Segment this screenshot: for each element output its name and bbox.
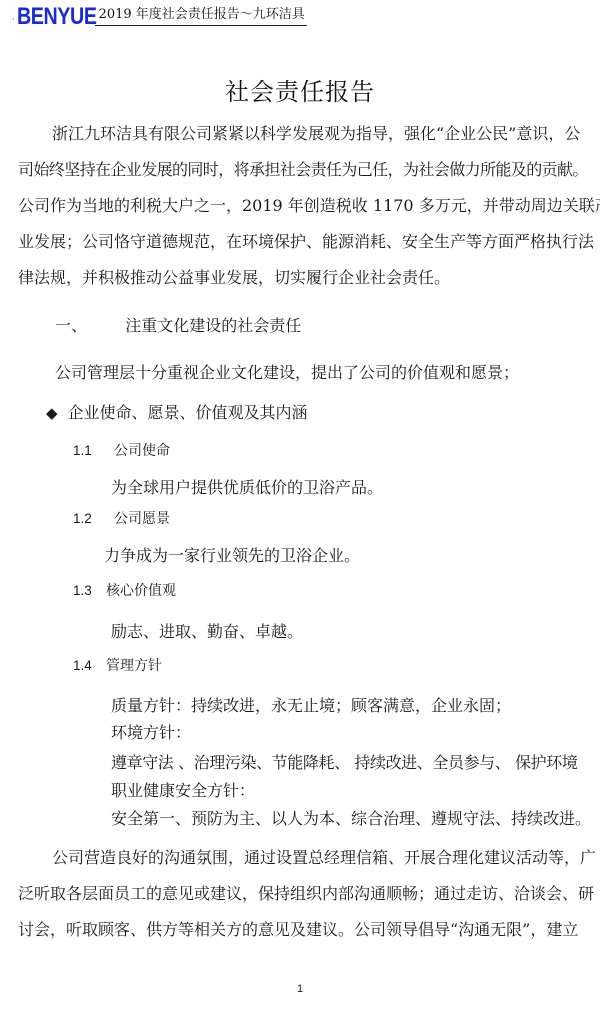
intro-line-5: 律法规，并积极推动公益事业发展，切实履行企业社会责任。 bbox=[18, 265, 450, 288]
page-header: · BENYUE 2019 年度社会责任报告～九环洁具 bbox=[12, 2, 307, 30]
item-1-3-heading: 1.3 核心价值观 bbox=[73, 580, 176, 600]
header-dot: · bbox=[12, 15, 15, 24]
diamond-bullet-icon: ◆ bbox=[46, 404, 58, 422]
header-title: 2019 年度社会责任报告～九环洁具 bbox=[95, 6, 307, 26]
benyue-logo: BENYUE bbox=[17, 4, 81, 30]
item-number: 1.1 bbox=[73, 443, 92, 458]
item-title: 管理方针 bbox=[106, 658, 162, 674]
safety-policy-label: 职业健康安全方针： bbox=[111, 778, 255, 801]
intro-line-3: 公司作为当地的利税大户之一，2019 年创造税收 1170 多万元，并带动周边关… bbox=[18, 193, 600, 216]
item-number: 1.3 bbox=[73, 583, 92, 598]
intro-line-1: 浙江九环洁具有限公司紧紧以科学发展观为指导，强化“企业公民”意识，公 bbox=[52, 121, 580, 144]
section-1-intro: 公司管理层十分重视企业文化建设，提出了公司的价值观和愿景； bbox=[55, 360, 519, 383]
item-number: 1.2 bbox=[73, 511, 92, 526]
safety-policy: 安全第一、预防为主、以人为本、综合治理、遵规守法、持续改进。 bbox=[111, 806, 591, 829]
item-1-1-content: 为全球用户提供优质低价的卫浴产品。 bbox=[111, 475, 383, 498]
section-1-heading: 一、 注重文化建设的社会责任 bbox=[55, 313, 301, 336]
item-number: 1.4 bbox=[73, 658, 92, 673]
item-title: 公司使命 bbox=[114, 443, 170, 459]
intro-line-4: 业发展；公司恪守道德规范，在环境保护、能源消耗、安全生产等方面严格执行法 bbox=[18, 229, 594, 252]
environment-policy-label: 环境方针： bbox=[111, 720, 191, 743]
bullet-title: 企业使命、愿景、价值观及其内涵 bbox=[68, 403, 308, 422]
item-title: 公司愿景 bbox=[114, 511, 170, 527]
communication-line-3: 讨会，听取顾客、供方等相关方的意见及建议。公司领导倡导“沟通无限”，建立 bbox=[18, 917, 578, 940]
section-title: 注重文化建设的社会责任 bbox=[125, 316, 301, 335]
quality-policy: 质量方针：持续改进，永无止境；顾客满意，企业永固； bbox=[111, 693, 511, 716]
intro-line-2: 司始终坚持在企业发展的同时，将承担社会责任为己任，为社会做力所能及的贡献。 bbox=[18, 157, 588, 180]
page-number: 1 bbox=[0, 983, 600, 995]
document-title: 社会责任报告 bbox=[0, 72, 600, 107]
item-1-2-content: 力争成为一家行业领先的卫浴企业。 bbox=[104, 543, 360, 566]
item-1-4-heading: 1.4 管理方针 bbox=[73, 655, 162, 675]
item-1-3-content: 励志、进取、勤奋、卓越。 bbox=[111, 619, 303, 642]
communication-line-2: 泛听取各层面员工的意见或建议，保持组织内部沟通顺畅；通过走访、洽谈会、研 bbox=[18, 881, 594, 904]
environment-policy: 遵章守法 、治理污染、节能降耗、 持续改进、全员参与、 保护环境 bbox=[111, 750, 577, 773]
bullet-heading: ◆企业使命、愿景、价值观及其内涵 bbox=[46, 400, 308, 423]
section-number: 一、 bbox=[55, 316, 87, 335]
item-title: 核心价值观 bbox=[106, 583, 176, 599]
item-1-1-heading: 1.1 公司使命 bbox=[73, 440, 170, 460]
communication-line-1: 公司营造良好的沟通氛围，通过设置总经理信箱、开展合理化建议活动等，广 bbox=[52, 845, 596, 868]
item-1-2-heading: 1.2 公司愿景 bbox=[73, 508, 170, 528]
